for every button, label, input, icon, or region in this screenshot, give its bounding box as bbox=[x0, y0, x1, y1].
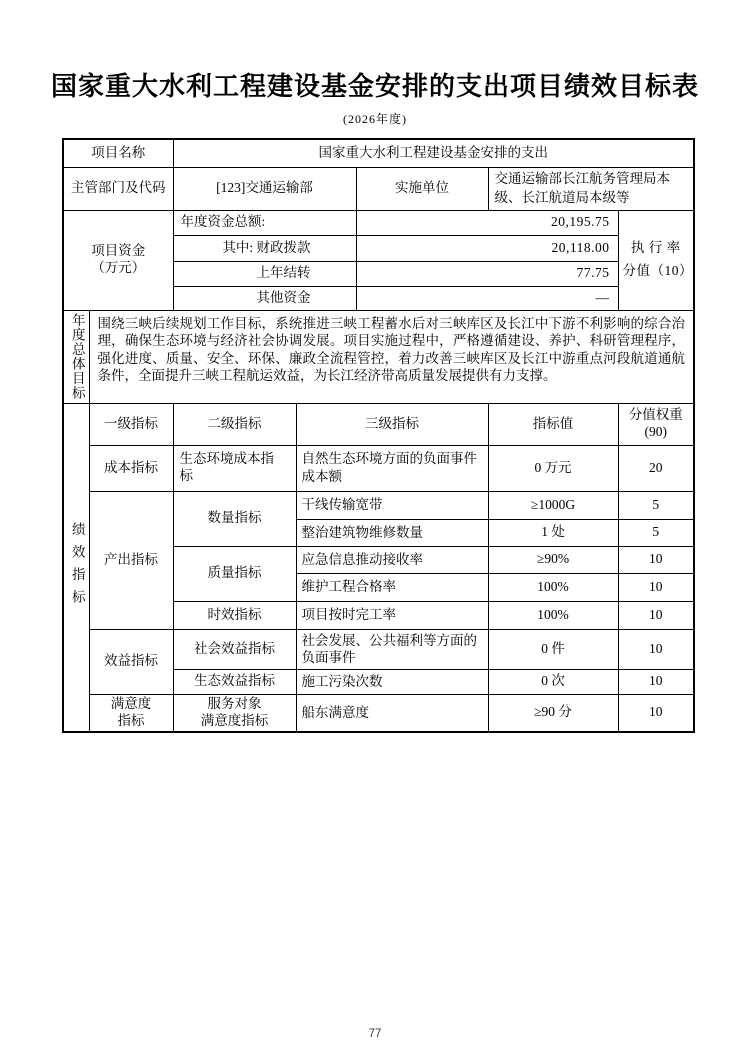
indicator-value: ≥90 分 bbox=[488, 694, 618, 732]
funding-row: 项目资金 （万元） 年度资金总额: 20,195.75 执 行 率 分值（10） bbox=[63, 210, 694, 235]
annual-goal-label: 年度总体目标 bbox=[63, 310, 89, 403]
indicator-weight: 10 bbox=[618, 694, 694, 732]
indicator-weight: 10 bbox=[618, 629, 694, 669]
funding-label: 项目资金 （万元） bbox=[63, 210, 173, 310]
indicator-level3: 施工污染次数 bbox=[296, 669, 488, 694]
dept-row: 主管部门及代码 [123]交通运输部 实施单位 交通运输部长江航务管理局本级、长… bbox=[63, 167, 694, 210]
indicator-row: 产出指标 数量指标 干线传输宽带 ≥1000G 5 bbox=[63, 491, 694, 519]
funding-other-value: — bbox=[356, 286, 618, 310]
indicator-level1: 满意度 指标 bbox=[89, 694, 173, 732]
indicator-level1: 效益指标 bbox=[89, 629, 173, 694]
col-header-level3: 三级指标 bbox=[296, 403, 488, 445]
indicator-level2: 质量指标 bbox=[173, 546, 296, 601]
indicator-level2: 时效指标 bbox=[173, 601, 296, 629]
impl-unit-value: 交通运输部长江航务管理局本级、长江航道局本级等 bbox=[488, 167, 694, 210]
indicator-value: 0 次 bbox=[488, 669, 618, 694]
indicator-row: 成本指标 生态环境成本指标 自然生态环境方面的负面事件成本额 0 万元 20 bbox=[63, 445, 694, 491]
col-header-value: 指标值 bbox=[488, 403, 618, 445]
indicator-header-row: 绩效指标 一级指标 二级指标 三级指标 指标值 分值权重 (90) bbox=[63, 403, 694, 445]
funding-carryover-value: 77.75 bbox=[356, 261, 618, 286]
indicator-row: 效益指标 社会效益指标 社会发展、公共福利等方面的负面事件 0 件 10 bbox=[63, 629, 694, 669]
indicator-value: 100% bbox=[488, 601, 618, 629]
indicator-value: 0 万元 bbox=[488, 445, 618, 491]
dept-label: 主管部门及代码 bbox=[63, 167, 173, 210]
annual-goal-row: 年度总体目标 围绕三峡后续规划工作目标，系统推进三峡工程蓄水后对三峡库区及长江中… bbox=[63, 310, 694, 403]
indicator-value: 1 处 bbox=[488, 519, 618, 546]
project-name-value: 国家重大水利工程建设基金安排的支出 bbox=[173, 139, 694, 167]
indicator-row: 满意度 指标 服务对象 满意度指标 船东满意度 ≥90 分 10 bbox=[63, 694, 694, 732]
indicator-level2: 数量指标 bbox=[173, 491, 296, 546]
funding-total-value: 20,195.75 bbox=[356, 210, 618, 235]
indicator-level2: 服务对象 满意度指标 bbox=[173, 694, 296, 732]
indicator-level3: 整治建筑物维修数量 bbox=[296, 519, 488, 546]
page-number: 77 bbox=[0, 1028, 750, 1040]
indicator-level1: 成本指标 bbox=[89, 445, 173, 491]
page-title: 国家重大水利工程建设基金安排的支出项目绩效目标表 bbox=[0, 66, 750, 103]
project-name-row: 项目名称 国家重大水利工程建设基金安排的支出 bbox=[63, 139, 694, 167]
dept-value: [123]交通运输部 bbox=[173, 167, 356, 210]
indicator-weight: 10 bbox=[618, 573, 694, 601]
indicator-value: 100% bbox=[488, 573, 618, 601]
col-header-level2: 二级指标 bbox=[173, 403, 296, 445]
col-header-level1: 一级指标 bbox=[89, 403, 173, 445]
execution-rate-cell: 执 行 率 分值（10） bbox=[618, 210, 694, 310]
indicator-level3: 自然生态环境方面的负面事件成本额 bbox=[296, 445, 488, 491]
funding-fiscal-value: 20,118.00 bbox=[356, 235, 618, 261]
indicator-level2: 社会效益指标 bbox=[173, 629, 296, 669]
indicator-level1: 产出指标 bbox=[89, 491, 173, 629]
indicator-level3: 船东满意度 bbox=[296, 694, 488, 732]
indicator-level3: 维护工程合格率 bbox=[296, 573, 488, 601]
col-header-weight: 分值权重 (90) bbox=[618, 403, 694, 445]
impl-unit-label: 实施单位 bbox=[356, 167, 488, 210]
performance-target-table: 项目名称 国家重大水利工程建设基金安排的支出 主管部门及代码 [123]交通运输… bbox=[62, 138, 695, 733]
indicator-weight: 5 bbox=[618, 491, 694, 519]
page-subtitle: (2026年度) bbox=[0, 110, 750, 127]
indicator-level2: 生态环境成本指标 bbox=[173, 445, 296, 491]
funding-carryover-label: 上年结转 bbox=[173, 261, 356, 286]
indicator-level3: 社会发展、公共福利等方面的负面事件 bbox=[296, 629, 488, 669]
indicator-level3: 应急信息推动接收率 bbox=[296, 546, 488, 573]
indicator-level2: 生态效益指标 bbox=[173, 669, 296, 694]
annual-goal-text: 围绕三峡后续规划工作目标，系统推进三峡工程蓄水后对三峡库区及长江中下游不利影响的… bbox=[89, 310, 694, 403]
indicator-value: ≥90% bbox=[488, 546, 618, 573]
indicator-weight: 10 bbox=[618, 669, 694, 694]
indicator-level3: 干线传输宽带 bbox=[296, 491, 488, 519]
indicator-value: ≥1000G bbox=[488, 491, 618, 519]
funding-other-label: 其他资金 bbox=[173, 286, 356, 310]
indicator-weight: 5 bbox=[618, 519, 694, 546]
indicator-weight: 10 bbox=[618, 546, 694, 573]
project-name-label: 项目名称 bbox=[63, 139, 173, 167]
performance-side-label: 绩效指标 bbox=[63, 403, 89, 732]
indicator-level3: 项目按时完工率 bbox=[296, 601, 488, 629]
indicator-value: 0 件 bbox=[488, 629, 618, 669]
indicator-weight: 20 bbox=[618, 445, 694, 491]
indicator-weight: 10 bbox=[618, 601, 694, 629]
funding-fiscal-label: 其中: 财政拨款 bbox=[173, 235, 356, 261]
funding-total-label: 年度资金总额: bbox=[173, 210, 356, 235]
document-page: 国家重大水利工程建设基金安排的支出项目绩效目标表 (2026年度) 项目名称 国… bbox=[0, 0, 750, 1060]
